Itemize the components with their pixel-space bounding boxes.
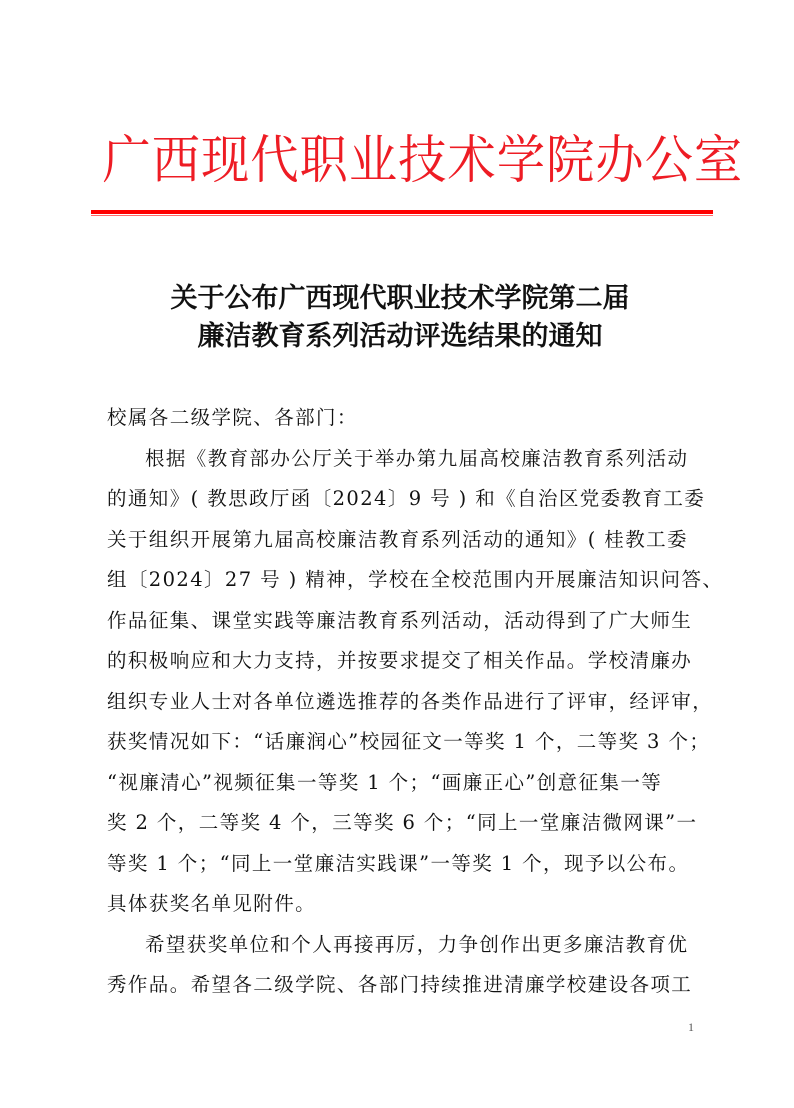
page-number: 1 — [688, 1020, 694, 1035]
body-line: 的通知》( 教思政厅函〔2024〕9 号 ) 和《自治区党委教育工委 — [107, 479, 697, 520]
body-line: 的积极响应和大力支持，并按要求提交了相关作品。学校清廉办 — [107, 641, 697, 682]
body-line: 等奖 1 个；“同上一堂廉洁实践课”一等奖 1 个，现予以公布。 — [107, 844, 697, 885]
notice-body: 校属各二级学院、各部门： 根据《教育部办公厅关于举办第九届高校廉洁教育系列活动 … — [107, 398, 697, 1006]
body-line: 秀作品。希望各二级学院、各部门持续推进清廉学校建设各项工 — [107, 965, 697, 1006]
body-line: 组织专业人士对各单位遴选推荐的各类作品进行了评审，经评审， — [107, 682, 697, 723]
body-line: 组〔2024〕27 号 ) 精神，学校在全校范围内开展廉洁知识问答、 — [107, 560, 697, 601]
body-line: 奖 2 个，二等奖 4 个，三等奖 6 个；“同上一堂廉洁微网课”一 — [107, 803, 697, 844]
body-line: 具体获奖名单见附件。 — [107, 884, 697, 925]
body-line: 根据《教育部办公厅关于举办第九届高校廉洁教育系列活动 — [107, 439, 697, 480]
body-line: 希望获奖单位和个人再接再厉，力争创作出更多廉洁教育优 — [107, 925, 697, 966]
masthead-thin-rule — [91, 215, 713, 216]
document-page: 广西现代职业技术学院办公室 关于公布广西现代职业技术学院第二届 廉洁教育系列活动… — [0, 0, 794, 1108]
organization-masthead: 广西现代职业技术学院办公室 — [102, 128, 697, 194]
body-line: “视廉清心”视频征集一等奖 1 个；“画廉正心”创意征集一等 — [107, 763, 697, 804]
notice-title: 关于公布广西现代职业技术学院第二届 廉洁教育系列活动评选结果的通知 — [90, 280, 710, 356]
body-line: 获奖情况如下：“话廉润心”校园征文一等奖 1 个，二等奖 3 个； — [107, 722, 697, 763]
body-line: 关于组织开展第九届高校廉洁教育系列活动的通知》( 桂教工委 — [107, 520, 697, 561]
masthead-red-rule — [91, 210, 713, 214]
body-line: 作品征集、课堂实践等廉洁教育系列活动，活动得到了广大师生 — [107, 601, 697, 642]
title-line-2: 廉洁教育系列活动评选结果的通知 — [90, 318, 710, 356]
title-line-1: 关于公布广西现代职业技术学院第二届 — [90, 280, 710, 318]
salutation: 校属各二级学院、各部门： — [107, 398, 697, 439]
